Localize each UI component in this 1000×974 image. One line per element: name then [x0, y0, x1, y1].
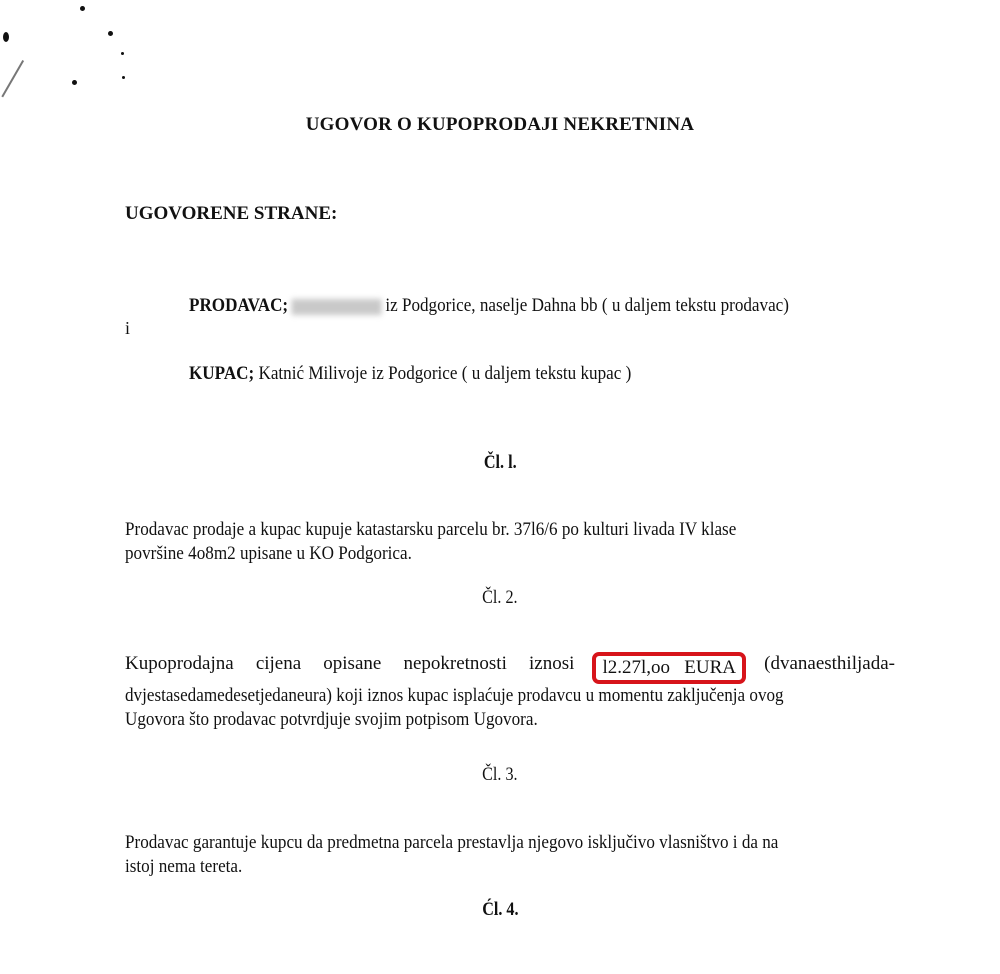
buyer-label: KUPAC; — [189, 363, 254, 384]
scan-speck — [3, 32, 9, 42]
article-1-heading: Čl. l. — [0, 452, 1000, 474]
scan-speck — [108, 31, 113, 36]
buyer-line: KUPAC; Katnić Milivoje iz Podgorice ( u … — [189, 363, 631, 385]
seller-label: PRODAVAC; — [189, 295, 288, 316]
article-2-body: Kupoprodajna cijena opisane nepokretnost… — [125, 652, 895, 732]
seller-text: iz Podgorice, naselje Dahna bb ( u dalje… — [385, 295, 789, 316]
conjunction: i — [125, 318, 130, 339]
article-2-line-1: Kupoprodajna cijena opisane nepokretnost… — [125, 652, 895, 684]
seller-line: PRODAVAC;iz Podgorice, naselje Dahna bb … — [189, 295, 789, 317]
price-highlight: l2.27l,oo EURA — [592, 652, 746, 684]
article-3-heading: Čl. 3. — [0, 764, 1000, 786]
redacted-name — [292, 299, 382, 315]
document-title: UGOVOR O KUPOPRODAJI NEKRETNINA — [0, 114, 1000, 136]
scan-speck — [121, 52, 124, 55]
article-3-body: Prodavac garantuje kupcu da predmetna pa… — [125, 831, 895, 879]
buyer-text: Katnić Milivoje iz Podgorice ( u daljem … — [258, 363, 631, 384]
parties-heading: UGOVORENE STRANE: — [125, 203, 337, 225]
article-2-heading: Čl. 2. — [0, 587, 1000, 609]
scan-speck — [122, 76, 125, 79]
scan-speck — [72, 80, 77, 85]
article-4-heading: Ćl. 4. — [0, 899, 1000, 921]
scan-speck — [80, 6, 85, 11]
article-1-body: Prodavac prodaje a kupac kupuje katastar… — [125, 518, 895, 566]
scan-stroke — [1, 60, 23, 97]
